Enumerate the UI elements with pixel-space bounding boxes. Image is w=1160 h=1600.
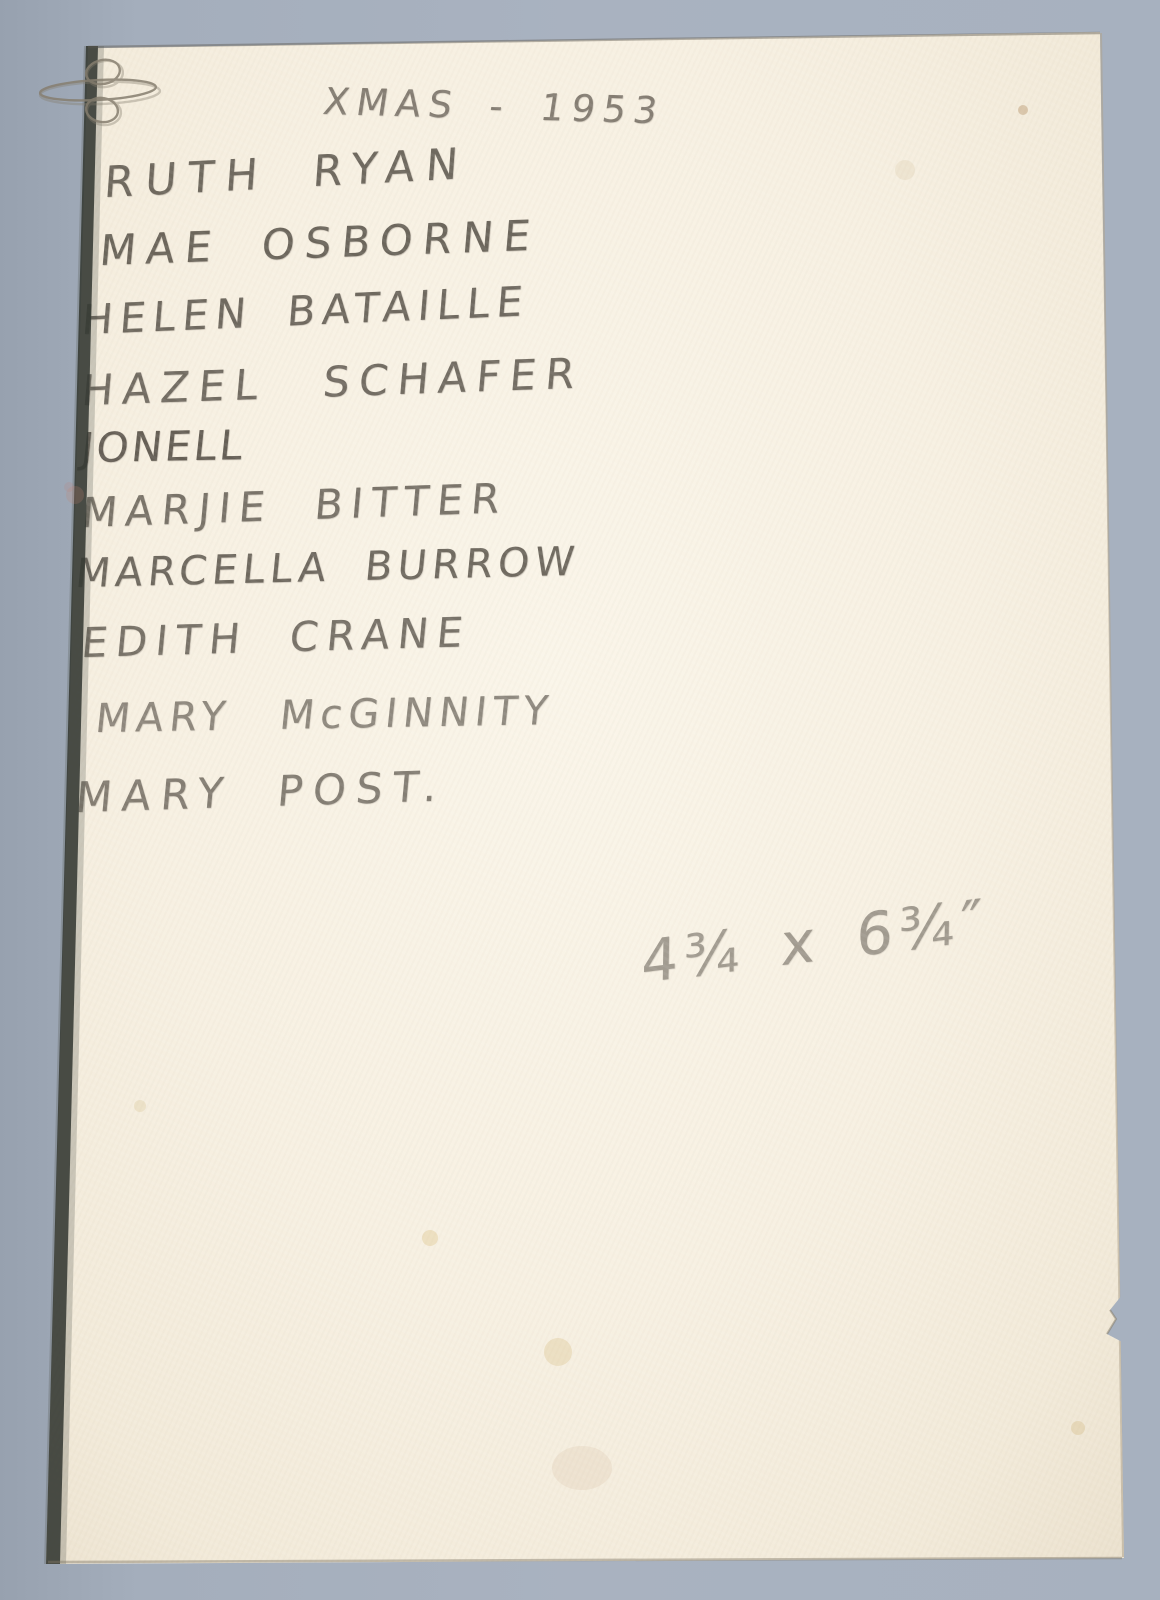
photo-back: XMAS - 1953 RUTH RYAN MAE OSBORNE HELEN … xyxy=(0,0,1160,1600)
name-line: EDITH CRANE xyxy=(79,608,473,667)
caption-date: XMAS - 1953 xyxy=(321,80,668,132)
size-note: 4¾ x 6¾″ xyxy=(641,886,988,997)
name-line: RUTH RYAN xyxy=(102,139,470,208)
name-line: MARJIE BITTER xyxy=(80,474,510,537)
name-line: JONELL xyxy=(79,421,248,472)
name-line: MARCELLA BURROW xyxy=(73,539,581,597)
name-line: MAE OSBORNE xyxy=(98,211,543,276)
name-line: MARY POST. xyxy=(74,761,450,822)
scanner-bed: XMAS - 1953 RUTH RYAN MAE OSBORNE HELEN … xyxy=(0,0,1160,1600)
name-line: MARY McGINNITY xyxy=(93,688,556,742)
name-line: HELEN BATAILLE xyxy=(80,277,531,344)
name-line: HAZEL SCHAFER xyxy=(80,348,586,415)
